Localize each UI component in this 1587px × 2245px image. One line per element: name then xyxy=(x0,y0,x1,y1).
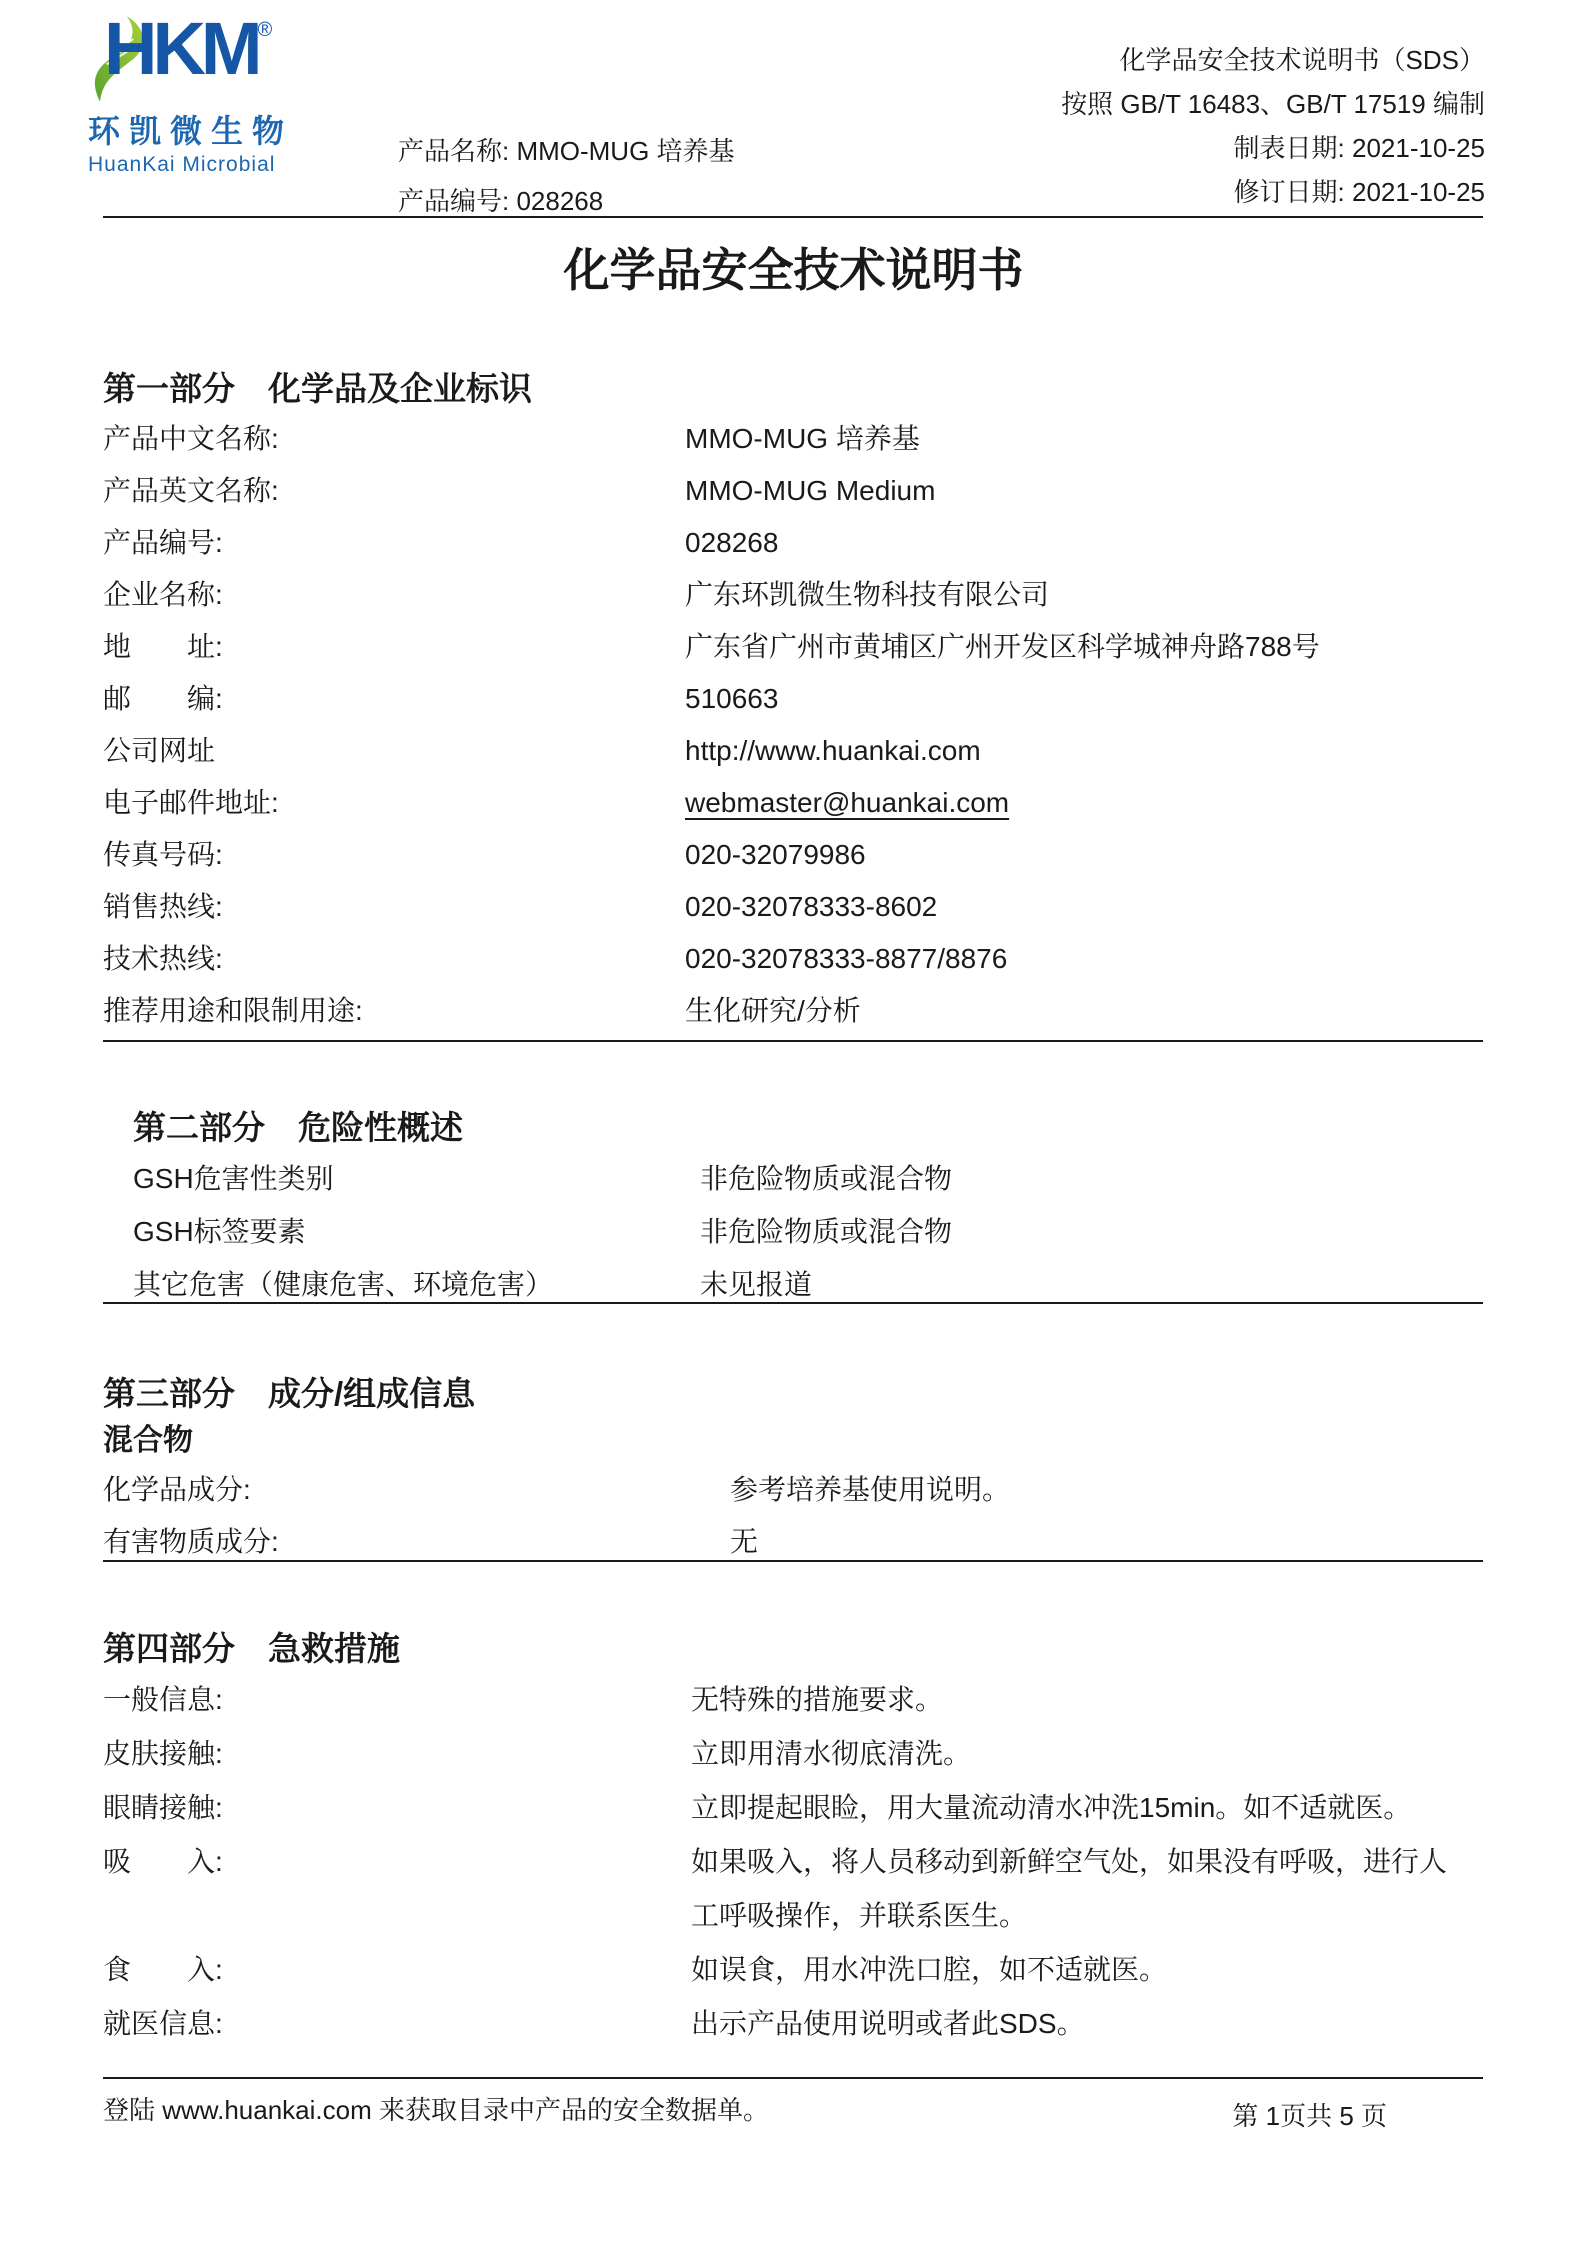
field-label: 技术热线: xyxy=(103,943,223,974)
sds-document-page: HKM® 环凯微生物 HuanKai Microbial 产品名称: MMO-M… xyxy=(0,0,1587,2245)
section-divider xyxy=(103,1302,1483,1304)
field-label: 有害物质成分: xyxy=(103,1526,279,1557)
header-product-code: 产品编号: 028268 xyxy=(398,176,735,226)
field-row: 推荐用途和限制用途:生化研究/分析 xyxy=(103,985,1485,1037)
section-divider xyxy=(103,1560,1483,1562)
section-heading: 第三部分 成分/组成信息 xyxy=(103,1370,1485,1418)
field-value: 020-32079986 xyxy=(685,829,1505,881)
field-value: 出示产品使用说明或者此SDS。 xyxy=(691,1997,1501,2051)
field-value: 如果吸入，将人员移动到新鲜空气处，如果没有呼吸，进行人 工呼吸操作，并联系医生。 xyxy=(691,1835,1501,1943)
section-identification: 第一部分 化学品及企业标识 产品中文名称:MMO-MUG 培养基 产品英文名称:… xyxy=(103,365,1485,1037)
field-value: 如误食，用水冲洗口腔，如不适就医。 xyxy=(691,1943,1501,1997)
field-value: 立即提起眼睑，用大量流动清水冲洗15min。如不适就医。 xyxy=(691,1781,1501,1835)
field-value: 生化研究/分析 xyxy=(685,985,1505,1037)
field-label: 公司网址 xyxy=(103,735,215,766)
field-value: MMO-MUG Medium xyxy=(685,465,1505,517)
header-divider xyxy=(103,216,1483,218)
field-row: 一般信息:无特殊的措施要求。 xyxy=(103,1673,1485,1727)
field-row: 产品编号:028268 xyxy=(103,517,1485,569)
field-value: 020-32078333-8877/8876 xyxy=(685,933,1505,985)
logo-english-name: HuanKai Microbial xyxy=(88,153,388,177)
field-label: 电子邮件地址: xyxy=(103,787,279,818)
field-value: 无特殊的措施要求。 xyxy=(691,1673,1501,1727)
field-label: 销售热线: xyxy=(103,891,223,922)
section-hazards-overview: 第二部分 危险性概述 GSH危害性类别非危险物质或混合物 GSH标签要素非危险物… xyxy=(133,1104,1485,1311)
section-first-aid: 第四部分 急救措施 一般信息:无特殊的措施要求。 皮肤接触:立即用清水彻底清洗。… xyxy=(103,1625,1485,2051)
section-divider xyxy=(103,1040,1483,1042)
registered-trademark-icon: ® xyxy=(258,19,273,41)
footer-divider xyxy=(103,2077,1483,2079)
field-label: 皮肤接触: xyxy=(103,1738,223,1769)
field-row: 产品中文名称:MMO-MUG 培养基 xyxy=(103,413,1485,465)
field-row: 食 入:如误食，用水冲洗口腔，如不适就医。 xyxy=(103,1943,1485,1997)
field-value: 020-32078333-8602 xyxy=(685,881,1505,933)
section-heading: 第四部分 急救措施 xyxy=(103,1625,1485,1673)
page-title: 化学品安全技术说明书 xyxy=(0,240,1587,300)
page-number: 第 1页共 5 页 xyxy=(1232,2098,1387,2134)
field-label: GSH标签要素 xyxy=(133,1216,306,1247)
header-sds-title: 化学品安全技术说明书（SDS） xyxy=(1061,38,1485,82)
field-value: 非危险物质或混合物 xyxy=(700,1152,1500,1205)
field-row: 眼睛接触:立即提起眼睑，用大量流动清水冲洗15min。如不适就医。 xyxy=(103,1781,1485,1835)
field-value: 立即用清水彻底清洗。 xyxy=(691,1727,1501,1781)
header-document-meta: 化学品安全技术说明书（SDS） 按照 GB/T 16483、GB/T 17519… xyxy=(1061,38,1485,214)
header-issue-date: 制表日期: 2021-10-25 xyxy=(1061,126,1485,170)
field-row: 企业名称:广东环凯微生物科技有限公司 xyxy=(103,569,1485,621)
field-label: 食 入: xyxy=(103,1954,223,1985)
section-rows: 一般信息:无特殊的措施要求。 皮肤接触:立即用清水彻底清洗。 眼睛接触:立即提起… xyxy=(103,1673,1485,2051)
email-link[interactable]: webmaster@huankai.com xyxy=(685,777,1505,829)
field-value: 非危险物质或混合物 xyxy=(700,1205,1500,1258)
field-row: GSH标签要素非危险物质或混合物 xyxy=(133,1205,1485,1258)
field-value: 参考培养基使用说明。 xyxy=(730,1464,1490,1516)
field-label: 推荐用途和限制用途: xyxy=(103,995,363,1026)
field-label: 产品编号: xyxy=(103,527,223,558)
logo-chinese-name: 环凯微生物 xyxy=(88,106,388,152)
field-value: 510663 xyxy=(685,673,1505,725)
field-label: 一般信息: xyxy=(103,1684,223,1715)
company-logo: HKM® 环凯微生物 HuanKai Microbial xyxy=(88,14,388,177)
field-row: 皮肤接触:立即用清水彻底清洗。 xyxy=(103,1727,1485,1781)
footer-note: 登陆 www.huankai.com 来获取目录中产品的安全数据单。 xyxy=(103,2090,769,2130)
header-standards: 按照 GB/T 16483、GB/T 17519 编制 xyxy=(1061,82,1485,126)
section-subheading: 混合物 xyxy=(103,1418,1485,1464)
field-label: 产品中文名称: xyxy=(103,423,279,454)
logo-wordmark: HKM® xyxy=(104,6,272,91)
field-label: 化学品成分: xyxy=(103,1474,251,1505)
field-row: 电子邮件地址:webmaster@huankai.com xyxy=(103,777,1485,829)
section-rows: GSH危害性类别非危险物质或混合物 GSH标签要素非危险物质或混合物 其它危害（… xyxy=(133,1152,1485,1311)
logo-word-text: HKM xyxy=(104,7,258,90)
field-row: 化学品成分:参考培养基使用说明。 xyxy=(103,1464,1485,1516)
field-value: 广东环凯微生物科技有限公司 xyxy=(685,569,1505,621)
field-row: 公司网址http://www.huankai.com xyxy=(103,725,1485,777)
field-label: 眼睛接触: xyxy=(103,1792,223,1823)
field-row: 传真号码:020-32079986 xyxy=(103,829,1485,881)
field-row: GSH危害性类别非危险物质或混合物 xyxy=(133,1152,1485,1205)
field-label: 产品英文名称: xyxy=(103,475,279,506)
section-composition: 第三部分 成分/组成信息 混合物 化学品成分:参考培养基使用说明。 有害物质成分… xyxy=(103,1370,1485,1568)
field-label: 吸 入: xyxy=(103,1846,223,1877)
field-label: 地 址: xyxy=(103,631,223,662)
field-row: 地 址:广东省广州市黄埔区广州开发区科学城神舟路788号 xyxy=(103,621,1485,673)
field-value: 028268 xyxy=(685,517,1505,569)
field-row: 产品英文名称:MMO-MUG Medium xyxy=(103,465,1485,517)
field-label: GSH危害性类别 xyxy=(133,1163,334,1194)
header-revision-date: 修订日期: 2021-10-25 xyxy=(1061,170,1485,214)
section-rows: 化学品成分:参考培养基使用说明。 有害物质成分:无 xyxy=(103,1464,1485,1568)
field-row: 邮 编:510663 xyxy=(103,673,1485,725)
field-row: 销售热线:020-32078333-8602 xyxy=(103,881,1485,933)
field-label: 传真号码: xyxy=(103,839,223,870)
field-label: 其它危害（健康危害、环境危害） xyxy=(133,1269,553,1300)
field-row: 吸 入:如果吸入，将人员移动到新鲜空气处，如果没有呼吸，进行人 工呼吸操作，并联… xyxy=(103,1835,1485,1943)
logo-mark-row: HKM® xyxy=(88,14,388,102)
section-rows: 产品中文名称:MMO-MUG 培养基 产品英文名称:MMO-MUG Medium… xyxy=(103,413,1485,1037)
field-label: 邮 编: xyxy=(103,683,223,714)
field-label: 就医信息: xyxy=(103,2008,223,2039)
field-row: 就医信息:出示产品使用说明或者此SDS。 xyxy=(103,1997,1485,2051)
section-heading: 第一部分 化学品及企业标识 xyxy=(103,365,1485,413)
header-product-name: 产品名称: MMO-MUG 培养基 xyxy=(398,126,735,176)
section-heading: 第二部分 危险性概述 xyxy=(133,1104,1485,1152)
field-value: MMO-MUG 培养基 xyxy=(685,413,1505,465)
website-link: http://www.huankai.com xyxy=(685,725,1505,777)
field-value: 广东省广州市黄埔区广州开发区科学城神舟路788号 xyxy=(685,621,1505,673)
field-row: 技术热线:020-32078333-8877/8876 xyxy=(103,933,1485,985)
field-label: 企业名称: xyxy=(103,579,223,610)
header-product-info: 产品名称: MMO-MUG 培养基 产品编号: 028268 xyxy=(398,126,735,226)
